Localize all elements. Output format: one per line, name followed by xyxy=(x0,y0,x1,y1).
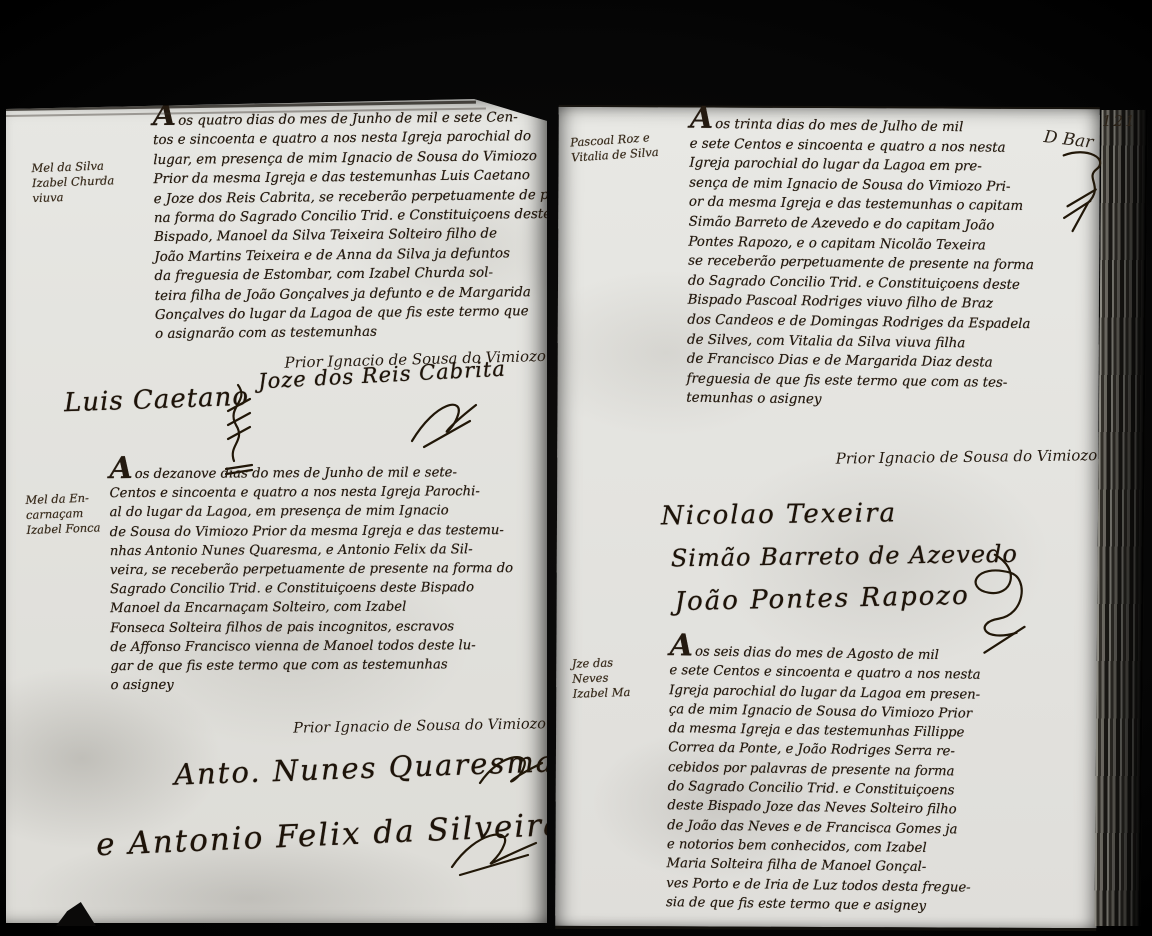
entry-line: de Affonso Francisco vienna de Manoel to… xyxy=(110,636,548,657)
entry-line: o asigney xyxy=(111,674,549,695)
prior-attestation: Prior Ignacio de Sousa do Vimiozo xyxy=(228,716,546,738)
folio-rubric: D Bar xyxy=(1032,127,1135,247)
entry-line: de Sousa do Vimiozo Prior da mesma Igrej… xyxy=(110,520,548,541)
right-page: Pascoal Roz e Vitalia de Silva Aos trint… xyxy=(555,105,1100,931)
manuscript-entry: Aos quatro dias do mes de Junho de mil e… xyxy=(153,107,549,345)
signature: João Pontes Rapozo xyxy=(674,581,970,617)
entry-line: veira, se receberão perpetuamente de pre… xyxy=(110,559,548,580)
manuscript-entry: Aos seis dias do mes de Agosto de mil e … xyxy=(666,641,1092,918)
initial-capital: A xyxy=(153,98,177,133)
initial-capital: A xyxy=(690,101,714,136)
initial-capital: A xyxy=(109,451,132,486)
margin-note-line: viuva xyxy=(32,187,152,206)
left-page: Mel da Silva Izabel Churda viuva Aos qua… xyxy=(6,99,547,923)
signature-flourish-icon xyxy=(476,747,546,793)
entry-line-text: os seis dias do mes de Agosto de mil xyxy=(695,644,939,663)
margin-note: Mel da Silva Izabel Churda viuva xyxy=(31,157,152,206)
entry-line: o asignarão com as testemunhas xyxy=(155,321,549,345)
margin-note-line: Izabel Ma xyxy=(573,684,677,702)
signature: Nicolao Texeira xyxy=(661,498,897,531)
prior-attestation: Prior Ignacio de Sousa do Vimiozo xyxy=(755,446,1097,468)
initial-capital: A xyxy=(670,628,694,663)
margin-note: Pascoal Roz e Vitalia de Silva xyxy=(570,127,706,166)
entry-line: Centos e sincoenta e quatro a nos nesta … xyxy=(110,482,548,503)
film-scan-background: Mel da Silva Izabel Churda viuva Aos qua… xyxy=(0,0,1152,936)
manuscript-entry: Aos trinta dias do mes de Julho de mil e… xyxy=(686,114,1096,414)
folio-page-number: 121 xyxy=(1102,112,1137,130)
manuscript-entry: Aos dezanove dias do mes de Junho de mil… xyxy=(109,462,548,696)
entry-line-text: os dezanove dias do mes de Junho de mil … xyxy=(135,465,457,482)
paraph-flourish-icon xyxy=(954,549,1034,659)
signature-flourish-icon xyxy=(446,823,542,879)
signature-flourish-icon xyxy=(406,391,486,451)
entry-line: temunhas o asigney xyxy=(686,389,1092,414)
entry-line: gar de que fis este termo que com as tes… xyxy=(110,655,548,676)
entry-line-text: os quatro dias do mes de Junho de mil e … xyxy=(178,110,518,129)
entry-line: nhas Antonio Nunes Quaresma, e Antonio F… xyxy=(110,540,548,561)
entry-line: Fonseca Solteira filhos de pais incognit… xyxy=(110,616,548,637)
entry-line-text: os trinta dias do mes de Julho de mil xyxy=(715,117,963,135)
entry-line: Aos dezanove dias do mes de Junho de mil… xyxy=(109,462,547,484)
entry-line: Manoel da Encarnaçam Solteiro, com Izabe… xyxy=(110,597,548,618)
rubric-flourish-icon xyxy=(1046,145,1117,242)
entry-line: al do lugar da Lagoa, em presença de mim… xyxy=(110,501,548,522)
margin-note: Jze das Neves Izabel Ma xyxy=(572,654,677,702)
entry-line: Sagrado Concilio Trid. e Constituiçoens … xyxy=(110,578,548,599)
